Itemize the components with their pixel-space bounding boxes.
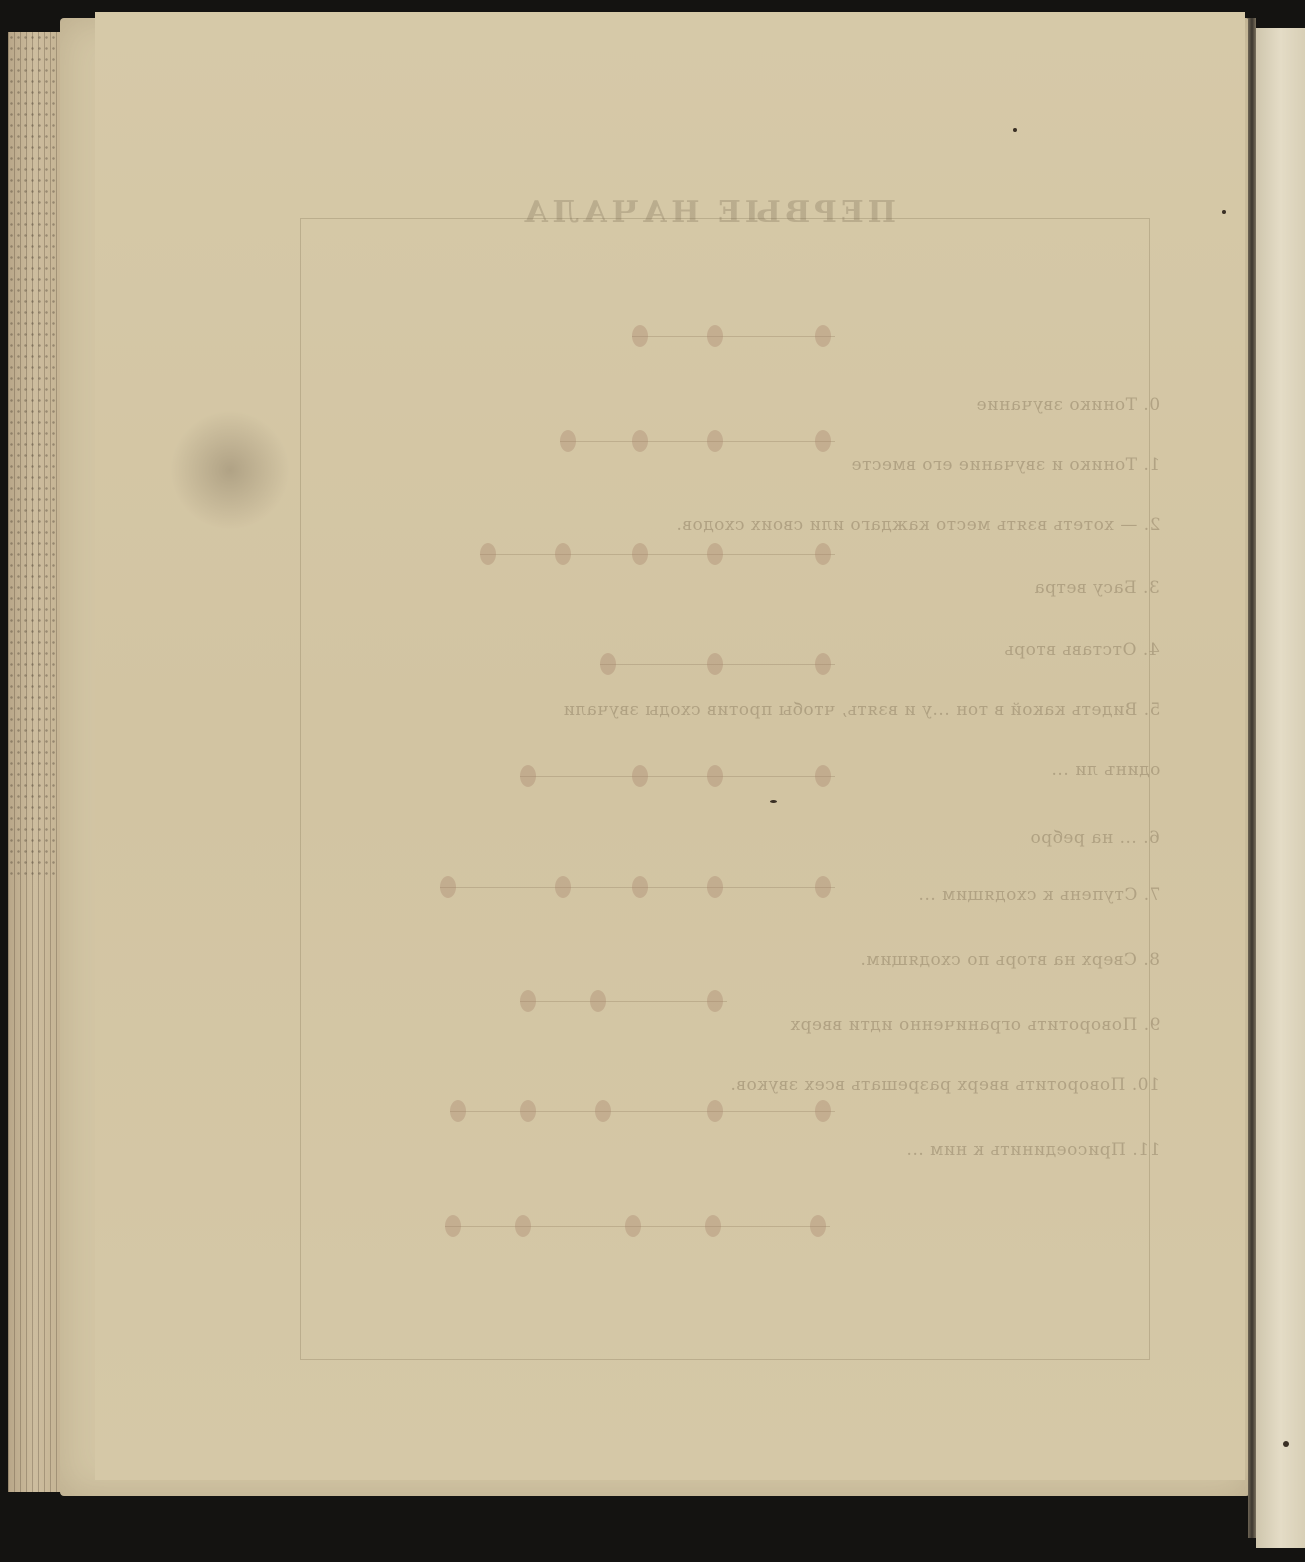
notation-dot <box>632 430 648 452</box>
notation-dot <box>560 430 576 452</box>
notation-dot <box>815 876 831 898</box>
bleed-line: 5. Видеть какой в тон ...у и взять, чтоб… <box>563 700 1160 720</box>
notation-line <box>520 776 835 777</box>
notation-line <box>632 336 835 337</box>
notation-line <box>480 554 835 555</box>
notation-dot <box>707 430 723 452</box>
notation-dot <box>632 325 648 347</box>
notation-dot <box>707 325 723 347</box>
notation-dot <box>600 653 616 675</box>
notation-dot <box>450 1100 466 1122</box>
notation-line <box>450 1111 835 1112</box>
notation-dot <box>815 430 831 452</box>
bleed-line: 9. Поворотить ограниченно идти вверх <box>790 1015 1160 1035</box>
notation-dot <box>707 653 723 675</box>
notation-dot <box>445 1215 461 1237</box>
notation-dot <box>480 543 496 565</box>
bleed-heading: ПЕРВЫЕ НАЧАЛА <box>520 195 896 230</box>
notation-dot <box>707 1100 723 1122</box>
notation-dot <box>632 876 648 898</box>
notation-dot <box>815 765 831 787</box>
notation-dot <box>632 543 648 565</box>
notation-dot <box>815 653 831 675</box>
bleed-line: 0. Тонико звучание <box>976 395 1160 415</box>
notation-dot <box>705 1215 721 1237</box>
speck <box>1283 1441 1289 1447</box>
speck <box>1222 210 1226 214</box>
paper-stain <box>170 410 290 530</box>
notation-dot <box>810 1215 826 1237</box>
notation-dot <box>520 990 536 1012</box>
notation-dot <box>520 765 536 787</box>
bleed-line: одинъ ли ... <box>1051 760 1160 780</box>
notation-dot <box>707 876 723 898</box>
bleed-line: 1. Тонико и звучание его вместе <box>851 455 1160 475</box>
facing-page-edge <box>1256 28 1305 1548</box>
bleed-line: 3. Басу ветра <box>1034 578 1160 598</box>
notation-dot <box>515 1215 531 1237</box>
notation-dot <box>707 765 723 787</box>
bleed-through-frame <box>300 218 1150 1360</box>
bleed-line: 11. Присоединить к ним ... <box>906 1140 1160 1160</box>
notation-dot <box>625 1215 641 1237</box>
notation-line <box>560 441 835 442</box>
bleed-line: 4. Отставь вторь <box>1004 640 1160 660</box>
notation-dot <box>590 990 606 1012</box>
notation-line <box>520 1001 727 1002</box>
notation-dot <box>520 1100 536 1122</box>
bleed-line: 6. ... на ребро <box>1030 828 1160 848</box>
notation-dot <box>815 325 831 347</box>
bleed-line: 7. Ступень к сходящим ... <box>918 885 1160 905</box>
speck <box>770 800 777 803</box>
bleed-line: 2. — хотеть взять место каждаго или свои… <box>676 515 1160 535</box>
foxing-specks <box>8 32 58 879</box>
bleed-line: 8. Сверх на вторь по сходящим. <box>860 950 1160 970</box>
speck <box>1013 128 1017 132</box>
notation-dot <box>815 1100 831 1122</box>
notation-dot <box>815 543 831 565</box>
bleed-line: 10. Поворотить вверх разрешать всех звук… <box>730 1075 1160 1095</box>
notation-dot <box>707 543 723 565</box>
notation-dot <box>632 765 648 787</box>
notation-dot <box>555 543 571 565</box>
notation-dot <box>707 990 723 1012</box>
notation-dot <box>440 876 456 898</box>
notation-dot <box>595 1100 611 1122</box>
notation-dot <box>555 876 571 898</box>
book-gutter <box>1248 18 1256 1538</box>
